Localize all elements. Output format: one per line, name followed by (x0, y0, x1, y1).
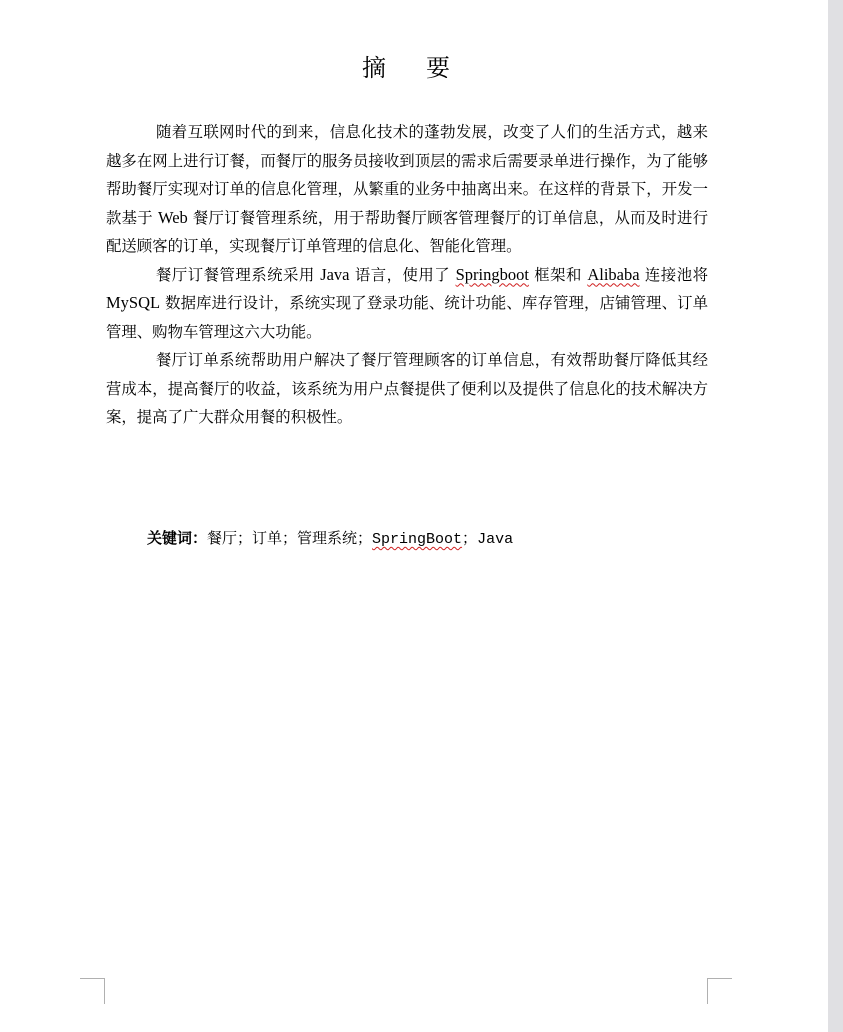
paragraph-text: 餐厅订餐管理系统采用 (156, 266, 320, 284)
paragraph-3: 餐厅订单系统帮助用户解决了餐厅管理顾客的订单信息，有效帮助餐厅降低其经营成本，提… (106, 346, 708, 432)
keywords-items: 餐厅；订单；管理系统； (207, 529, 372, 547)
keywords-line: 关键词：餐厅；订单；管理系统；SpringBoot；Java (147, 526, 513, 552)
latin-term: MySQL (106, 293, 160, 312)
document-page[interactable]: 摘要 随着互联网时代的到来，信息化技术的蓬勃发展，改变了人们的生活方式，越来越多… (0, 0, 828, 1032)
keyword-java: Java (477, 531, 513, 548)
spellcheck-flagged-word: Springboot (456, 265, 529, 284)
paragraph-text: 框架和 (529, 266, 587, 284)
abstract-body: 随着互联网时代的到来，信息化技术的蓬勃发展，改变了人们的生活方式，越来越多在网上… (106, 118, 708, 432)
spellcheck-flagged-word: Alibaba (587, 265, 639, 284)
paragraph-text: 语言，使用了 (350, 266, 456, 284)
margin-corner-mark-bottom-left (80, 978, 105, 1004)
paragraph-text: 餐厅订餐管理系统，用于帮助餐厅顾客管理餐厅的订单信息，从而及时进行配送顾客的订单… (106, 209, 708, 256)
document-viewport: 摘要 随着互联网时代的到来，信息化技术的蓬勃发展，改变了人们的生活方式，越来越多… (0, 0, 843, 1032)
paragraph-text: 餐厅订单系统帮助用户解决了餐厅管理顾客的订单信息，有效帮助餐厅降低其经营成本，提… (106, 351, 708, 426)
keywords-label: 关键词： (147, 529, 207, 547)
keyword-springboot: SpringBoot (372, 531, 462, 548)
latin-term: Web (158, 208, 188, 227)
abstract-title: 摘要 (0, 52, 812, 84)
paragraph-2: 餐厅订餐管理系统采用 Java 语言，使用了 Springboot 框架和 Al… (106, 261, 708, 347)
paragraph-text: 连接池将 (640, 266, 708, 284)
title-char-2: 要 (426, 52, 450, 84)
workspace-gutter (828, 0, 843, 1032)
title-char-1: 摘 (362, 52, 386, 84)
paragraph-1: 随着互联网时代的到来，信息化技术的蓬勃发展，改变了人们的生活方式，越来越多在网上… (106, 118, 708, 261)
keyword-separator: ； (462, 529, 477, 547)
paragraph-text: 数据库进行设计，系统实现了登录功能、统计功能、库存管理，店铺管理、订单管理、购物… (106, 294, 708, 341)
latin-term: Java (320, 265, 349, 284)
margin-corner-mark-bottom-right (707, 978, 732, 1004)
